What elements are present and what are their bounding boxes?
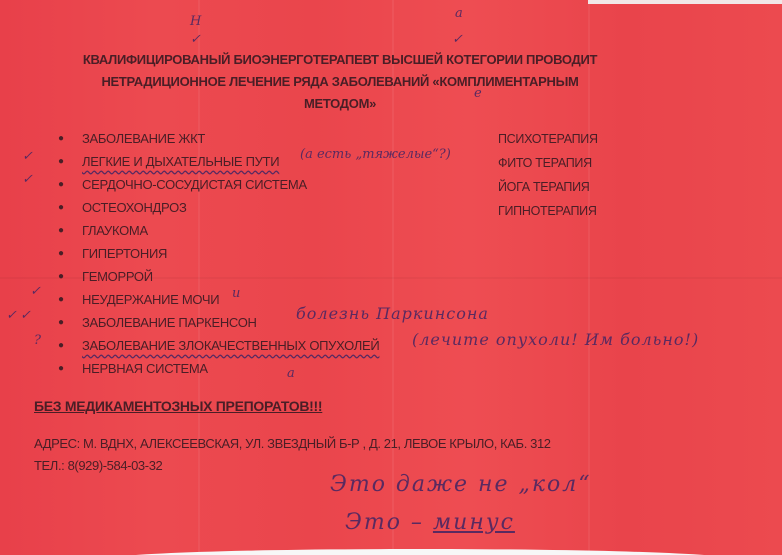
therapy-item: ФИТО ТЕРАПИЯ xyxy=(498,153,598,177)
list-item: ●ЗАБОЛЕВАНИЕ ЗЛОКАЧЕСТВЕННЫХ ОПУХОЛЕЙ xyxy=(58,334,379,357)
handwritten-question-mark: ? xyxy=(34,333,41,348)
flyer-title: КВАЛИФИЦИРОВАНЫЙ БИОЭНЕРГОТЕРАПЕВТ ВЫСШЕ… xyxy=(40,49,640,115)
list-item: ●СЕРДОЧНО-СОСУДИСТАЯ СИСТЕМА xyxy=(58,173,379,196)
therapy-item: ГИПНОТЕРАПИЯ xyxy=(498,201,598,225)
handwritten-caret: ✓ xyxy=(452,32,463,47)
paper-top-edge xyxy=(588,0,782,4)
handwritten-verdict-line2: Это – минус xyxy=(345,510,515,535)
bullet-icon: ● xyxy=(58,129,82,149)
handwritten-verdict-line1: Это даже не „кол“ xyxy=(330,472,592,497)
bullet-icon: ● xyxy=(58,290,82,310)
handwritten-caret: ✓ xyxy=(190,32,201,47)
phone-text: ТЕЛ.: 8(929)-584-03-32 xyxy=(34,458,162,473)
bullet-icon: ● xyxy=(58,244,82,264)
handwritten-note-parkinson: болезнь Паркинсона xyxy=(296,304,489,323)
list-item: ●НЕРВНАЯ СИСТЕМА xyxy=(58,357,379,380)
bullet-icon: ● xyxy=(58,152,82,172)
bullet-icon: ● xyxy=(58,198,82,218)
paper-bottom-edge xyxy=(110,549,730,555)
conditions-list: ●ЗАБОЛЕВАНИЕ ЖКТ ●ЛЕГКИЕ И ДЫХАТЕЛЬНЫЕ П… xyxy=(58,127,379,380)
list-item: ●ГИПЕРТОНИЯ xyxy=(58,242,379,265)
handwritten-correction: а xyxy=(455,6,463,21)
bullet-icon: ● xyxy=(58,175,82,195)
handwritten-checkmark: ✓ xyxy=(30,284,41,299)
handwritten-checkmark: ✓ xyxy=(6,308,17,323)
bullet-icon: ● xyxy=(58,267,82,287)
title-line: МЕТОДОМ» xyxy=(40,93,640,115)
title-line: КВАЛИФИЦИРОВАНЫЙ БИОЭНЕРГОТЕРАПЕВТ ВЫСШЕ… xyxy=(40,49,640,71)
list-item: ●ГЛАУКОМА xyxy=(58,219,379,242)
bullet-icon: ● xyxy=(58,313,82,333)
bullet-icon: ● xyxy=(58,221,82,241)
handwritten-note-tumors: (лечите опухоли! Им больно!) xyxy=(412,330,699,349)
handwritten-correction: а xyxy=(287,366,295,381)
therapy-item: ЙОГА ТЕРАПИЯ xyxy=(498,177,598,201)
handwritten-checkmark: ✓ xyxy=(22,172,33,187)
flyer-paper: КВАЛИФИЦИРОВАНЫЙ БИОЭНЕРГОТЕРАПЕВТ ВЫСШЕ… xyxy=(0,0,782,555)
handwritten-checkmark: ✓ xyxy=(22,149,33,164)
therapy-item: ПСИХОТЕРАПИЯ xyxy=(498,129,598,153)
handwritten-note-urine: и xyxy=(232,286,240,301)
handwritten-note-lungs: (а есть „тяжелые“?) xyxy=(300,147,451,162)
list-item: ●ОСТЕОХОНДРОЗ xyxy=(58,196,379,219)
therapies-list: ПСИХОТЕРАПИЯ ФИТО ТЕРАПИЯ ЙОГА ТЕРАПИЯ Г… xyxy=(498,129,598,225)
handwritten-checkmark: ✓ xyxy=(20,308,31,323)
bullet-icon: ● xyxy=(58,336,82,356)
handwritten-correction: е xyxy=(474,86,482,101)
handwritten-minus-word: минус xyxy=(433,510,515,535)
handwritten-correction: Н xyxy=(190,14,201,29)
title-line: НЕТРАДИЦИОННОЕ ЛЕЧЕНИЕ РЯДА ЗАБОЛЕВАНИЙ … xyxy=(40,71,640,93)
list-item: ●ГЕМОРРОЙ xyxy=(58,265,379,288)
no-drugs-heading: БЕЗ МЕДИКАМЕНТОЗНЫХ ПРЕПОРАТОВ!!! xyxy=(34,398,322,414)
bullet-icon: ● xyxy=(58,359,82,379)
address-text: АДРЕС: М. ВДНХ, АЛЕКСЕЕВСКАЯ, УЛ. ЗВЕЗДН… xyxy=(34,436,551,451)
